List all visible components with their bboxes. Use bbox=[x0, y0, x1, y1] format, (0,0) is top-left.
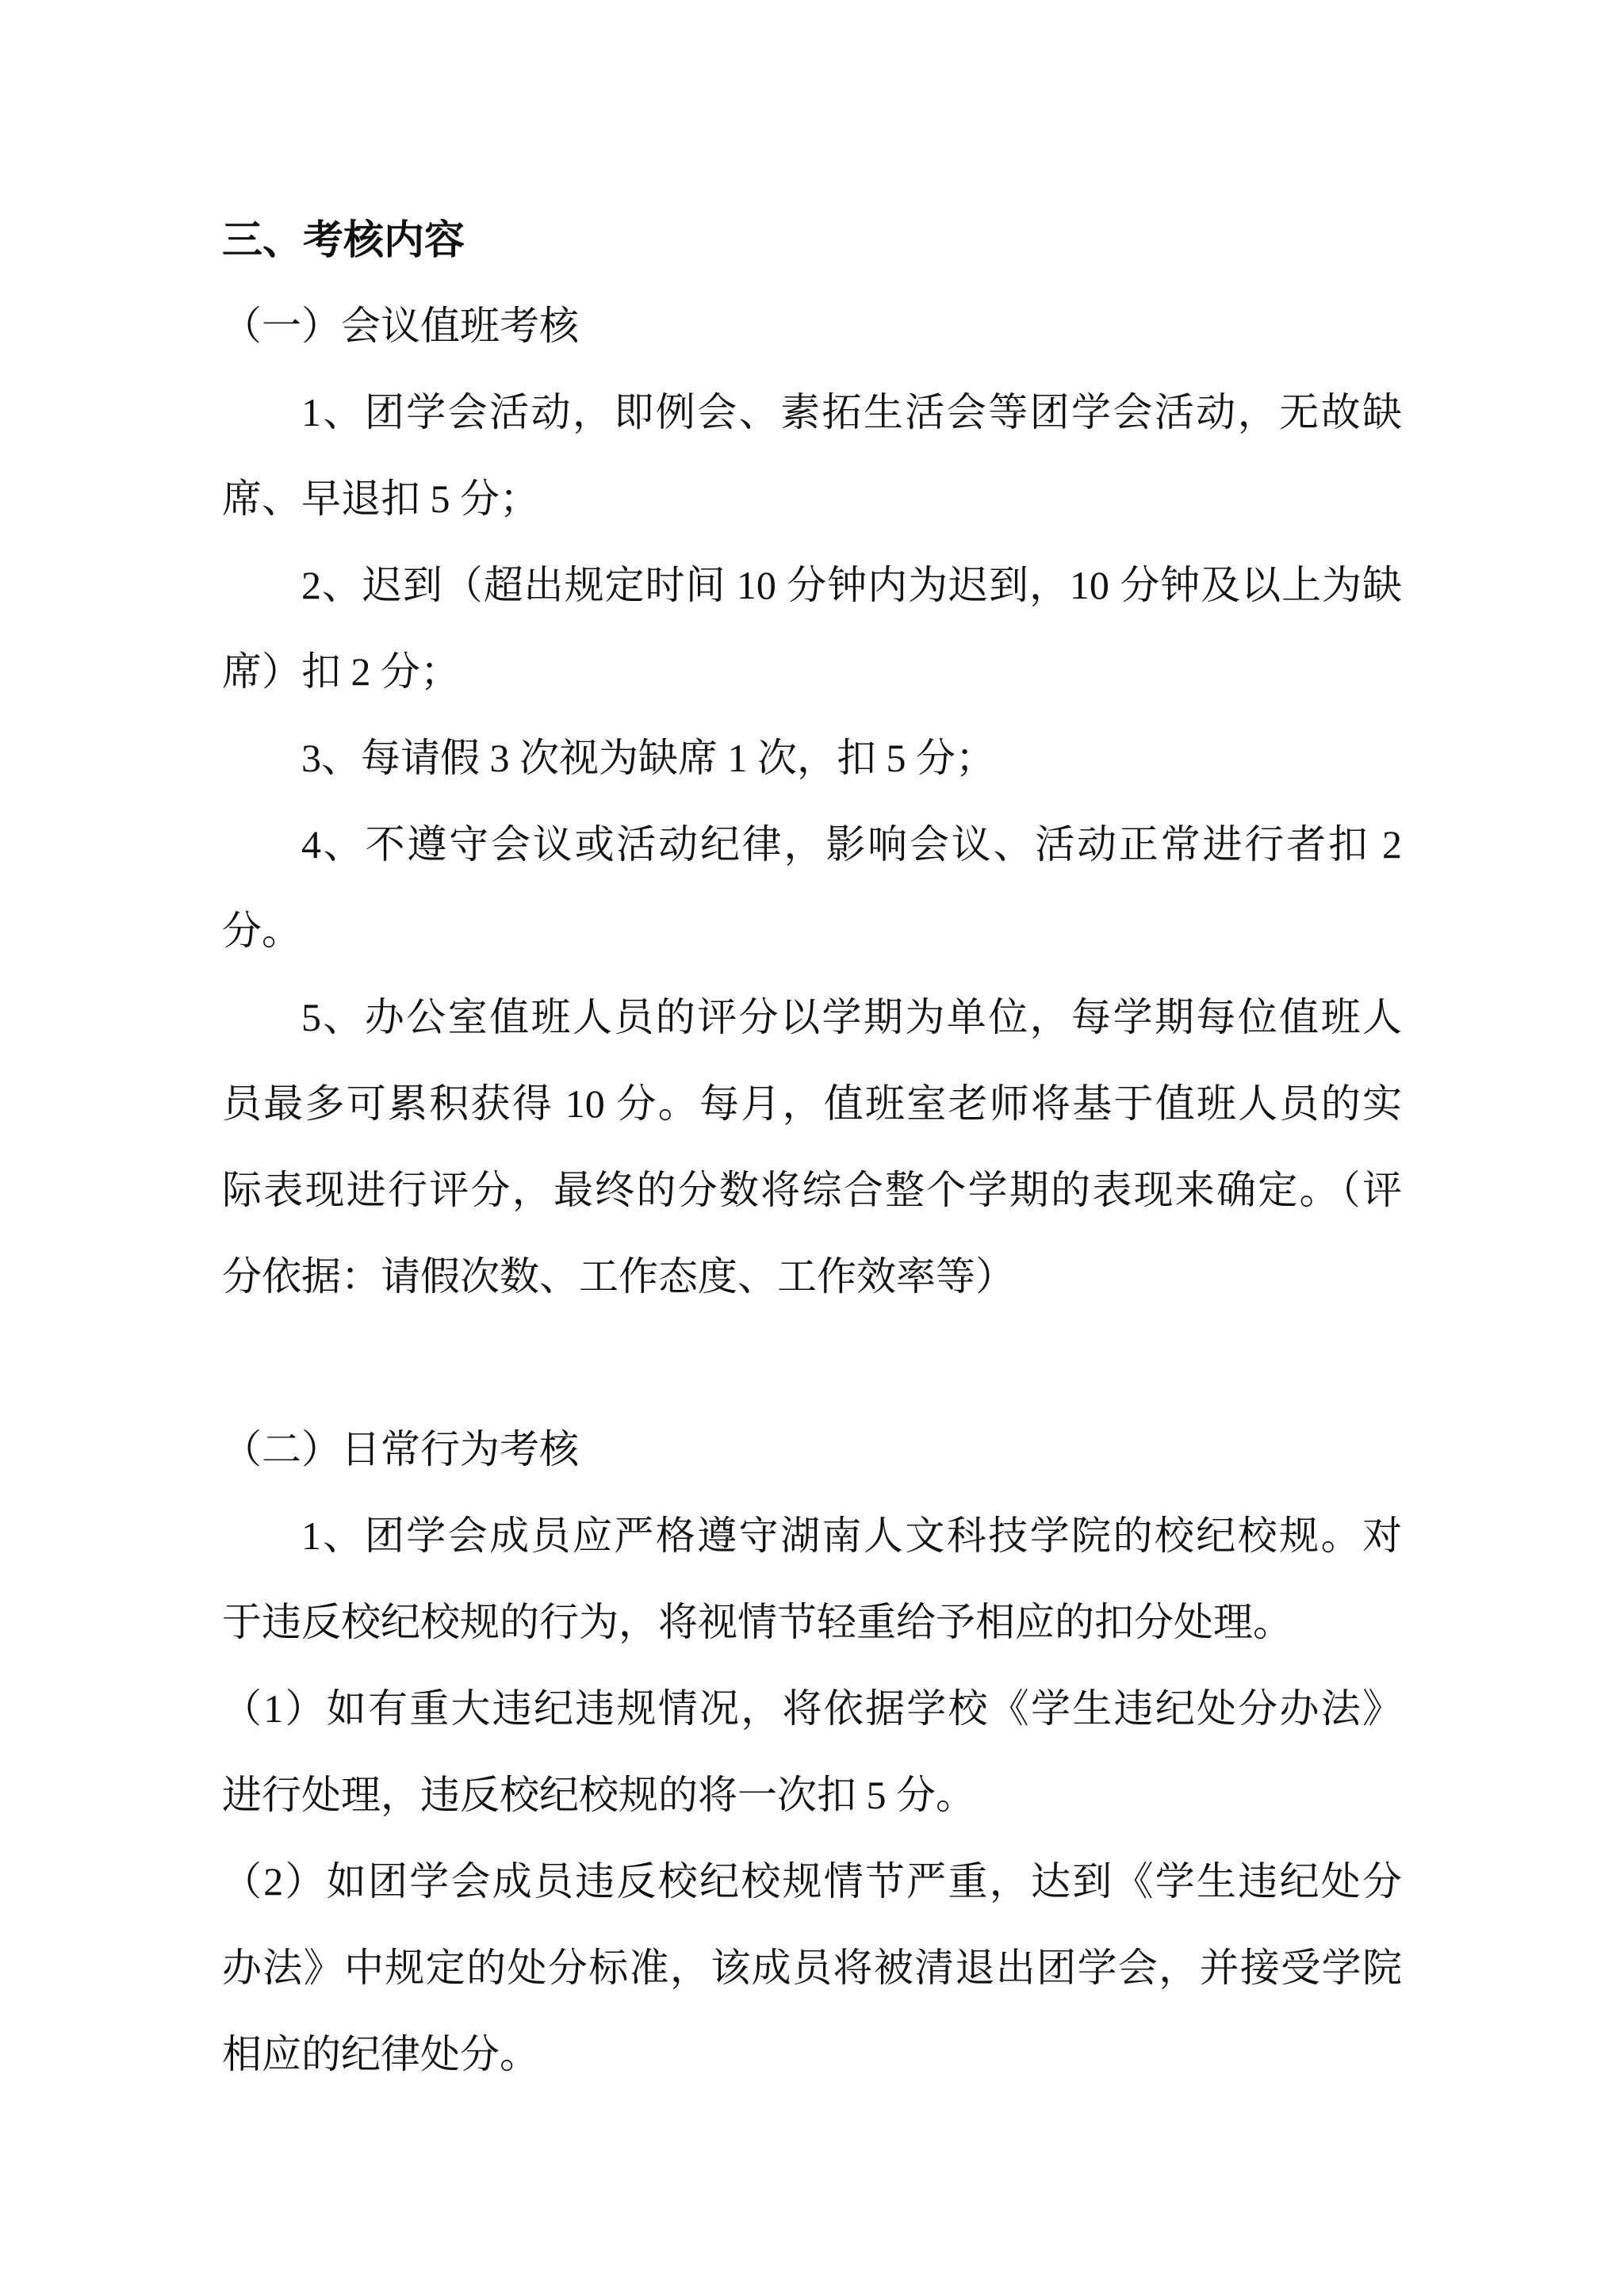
subitem1-line2: 进行处理，违反校纪校规的将一次扣 5 分。 bbox=[222, 1752, 1402, 1839]
subitem2-line3: 相应的纪律处分。 bbox=[222, 2011, 1402, 2098]
behavior-item1-line1: 1、团学会成员应严格遵守湖南人文科技学院的校纪校规。对 bbox=[222, 1493, 1402, 1579]
section-heading: 三、考核内容 bbox=[222, 197, 1402, 283]
item5-line3: 际表现进行评分，最终的分数将综合整个学期的表现来确定。（评 bbox=[222, 1147, 1402, 1234]
subitem1-line1: （1）如有重大违纪违规情况，将依据学校《学生违纪处分办法》 bbox=[222, 1666, 1402, 1752]
item4-line1: 4、不遵守会议或活动纪律，影响会议、活动正常进行者扣 2 bbox=[222, 802, 1402, 888]
document-content: 三、考核内容 （一）会议值班考核 1、团学会活动，即例会、素拓生活会等团学会活动… bbox=[222, 197, 1402, 2098]
item3-line1: 3、每请假 3 次视为缺席 1 次，扣 5 分； bbox=[222, 715, 1402, 802]
subitem2-line1: （2）如团学会成员违反校纪校规情节严重，达到《学生违纪处分 bbox=[222, 1839, 1402, 1925]
item1-line2: 席、早退扣 5 分； bbox=[222, 456, 1402, 542]
item1-line1: 1、团学会活动，即例会、素拓生活会等团学会活动，无故缺 bbox=[222, 369, 1402, 456]
item2-line1: 2、迟到（超出规定时间 10 分钟内为迟到，10 分钟及以上为缺 bbox=[222, 542, 1402, 629]
behavior-item1-line2: 于违反校纪校规的行为，将视情节轻重给予相应的扣分处理。 bbox=[222, 1579, 1402, 1666]
subheading-daily-behavior: （二）日常行为考核 bbox=[222, 1406, 1402, 1493]
item5-line2: 员最多可累积获得 10 分。每月，值班室老师将基于值班人员的实 bbox=[222, 1061, 1402, 1147]
item5-line1: 5、办公室值班人员的评分以学期为单位，每学期每位值班人 bbox=[222, 974, 1402, 1061]
blank-line bbox=[222, 1320, 1402, 1406]
item5-line4: 分依据：请假次数、工作态度、工作效率等） bbox=[222, 1234, 1402, 1320]
item4-line2: 分。 bbox=[222, 888, 1402, 974]
item2-line2: 席）扣 2 分； bbox=[222, 629, 1402, 715]
subheading-meeting-duty: （一）会议值班考核 bbox=[222, 283, 1402, 369]
document-page: 三、考核内容 （一）会议值班考核 1、团学会活动，即例会、素拓生活会等团学会活动… bbox=[0, 0, 1624, 2296]
subitem2-line2: 办法》中规定的处分标准，该成员将被清退出团学会，并接受学院 bbox=[222, 1925, 1402, 2011]
